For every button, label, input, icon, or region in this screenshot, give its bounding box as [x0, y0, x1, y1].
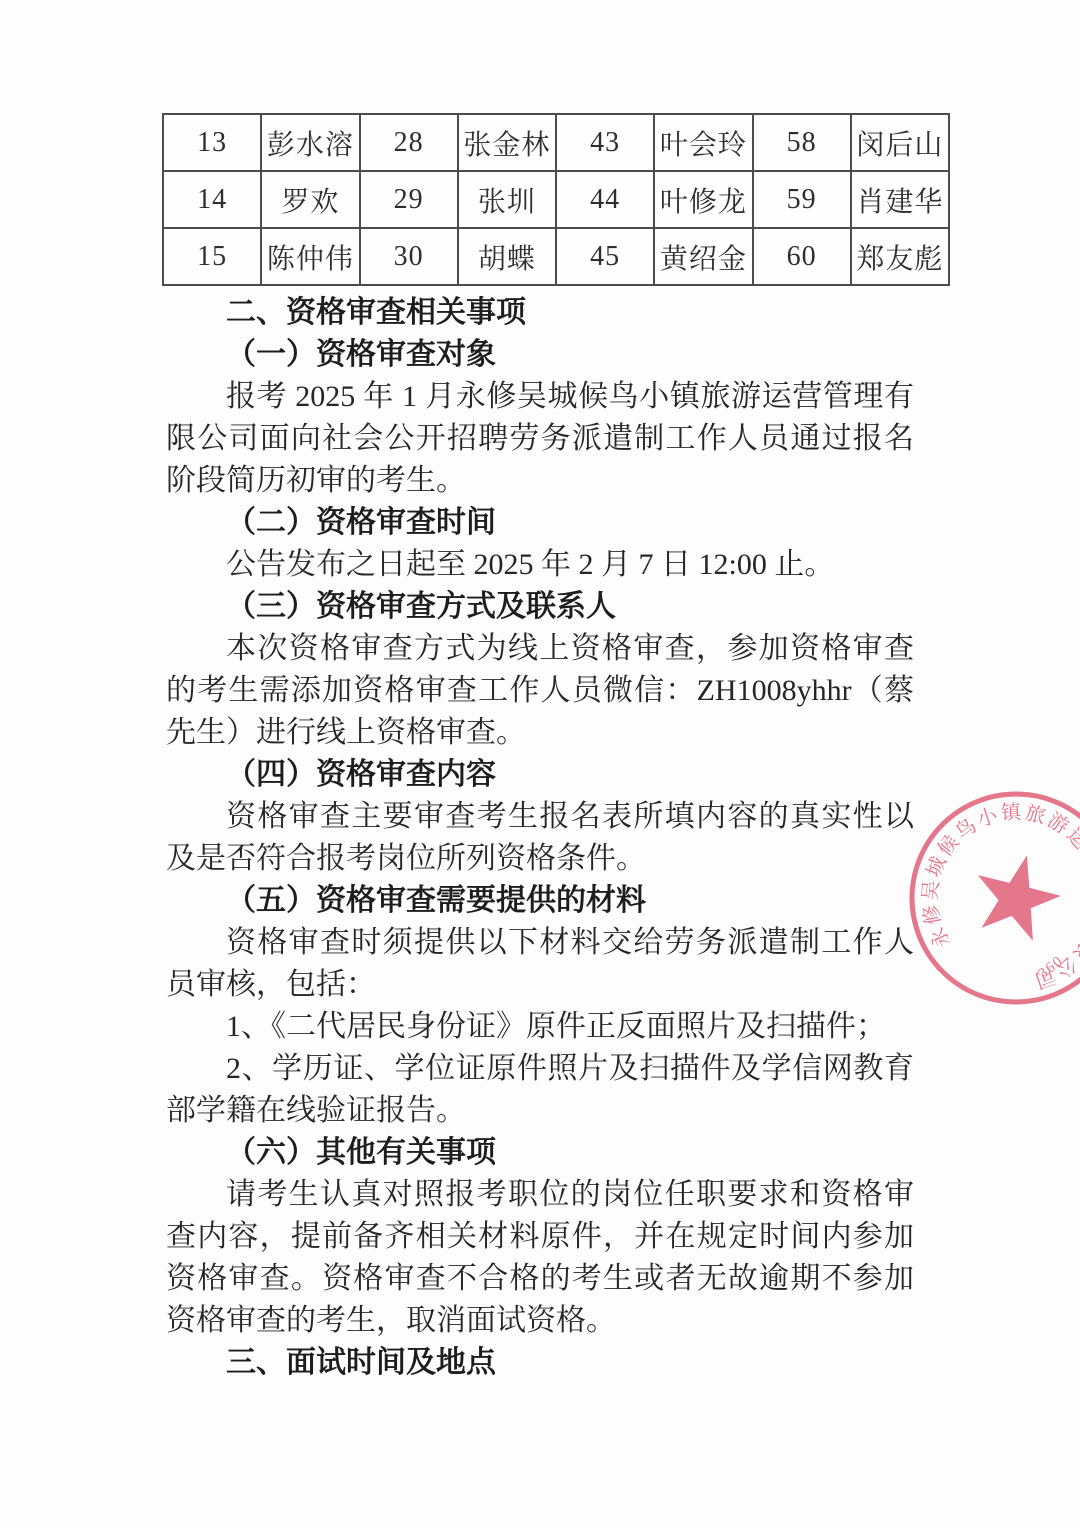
candidate-name: 张金林: [458, 114, 556, 171]
candidate-number: 14: [163, 171, 261, 228]
candidate-name: 肖建华: [851, 171, 949, 228]
seal-ring: [912, 794, 1080, 1002]
candidate-name: 闵后山: [851, 114, 949, 171]
svg-text:永修吴城候鸟小镇旅游运营管理有限公司: 永修吴城候鸟小镇旅游运营管理有限公司: [903, 783, 1080, 1015]
candidate-name: 张圳: [458, 171, 556, 228]
section-heading-2: 二、资格审查相关事项: [166, 292, 914, 334]
subsection-heading-2-6: （六）其他有关事项: [166, 1132, 914, 1174]
subsection-heading-2-1: （一）资格审查对象: [166, 334, 914, 376]
paragraph-materials-intro: 资格审查时须提供以下材料交给劳务派遣制工作人员审核，包括：: [166, 922, 914, 1006]
candidate-name: 郑友彪: [851, 228, 949, 285]
paragraph-review-time: 公告发布之日起至 2025 年 2 月 7 日 12:00 止。: [166, 544, 914, 586]
section-heading-3: 三、面试时间及地点: [166, 1342, 914, 1384]
candidate-number: 59: [753, 171, 851, 228]
roster-table: 13 彭水溶 28 张金林 43 叶会玲 58 闵后山 14 罗欢 29 张圳 …: [162, 113, 950, 286]
candidate-number: 28: [360, 114, 458, 171]
candidate-number: 44: [556, 171, 654, 228]
candidate-name: 彭水溶: [261, 114, 359, 171]
paragraph-other-matters: 请考生认真对照报考职位的岗位任职要求和资格审查内容，提前备齐相关材料原件，并在规…: [166, 1174, 914, 1342]
seal-company-name: 永修吴城候鸟小镇旅游运营管理有限公司: [903, 783, 1080, 1015]
candidate-number: 60: [753, 228, 851, 285]
seal-code-digits: 360: [1036, 953, 1067, 982]
subsection-heading-2-3: （三）资格审查方式及联系人: [166, 586, 914, 628]
table-row: 13 彭水溶 28 张金林 43 叶会玲 58 闵后山: [163, 114, 949, 171]
candidate-name: 叶修龙: [654, 171, 752, 228]
candidate-name: 罗欢: [261, 171, 359, 228]
table-row: 15 陈仲伟 30 胡蝶 45 黄绍金 60 郑友彪: [163, 228, 949, 285]
paragraph-review-target: 报考 2025 年 1 月永修吴城候鸟小镇旅游运营管理有限公司面向社会公开招聘劳…: [166, 376, 914, 502]
subsection-heading-2-5: （五）资格审查需要提供的材料: [166, 880, 914, 922]
paragraph-material-item-1: 1、《二代居民身份证》原件正反面照片及扫描件；: [166, 1006, 914, 1048]
candidate-number: 29: [360, 171, 458, 228]
star-icon: [966, 845, 1069, 945]
candidate-number: 45: [556, 228, 654, 285]
candidate-number: 58: [753, 114, 851, 171]
subsection-heading-2-4: （四）资格审查内容: [166, 754, 914, 796]
document-body: 二、资格审查相关事项 （一）资格审查对象 报考 2025 年 1 月永修吴城候鸟…: [166, 292, 914, 1384]
table-row: 14 罗欢 29 张圳 44 叶修龙 59 肖建华: [163, 171, 949, 228]
candidate-name: 叶会玲: [654, 114, 752, 171]
candidate-name: 胡蝶: [458, 228, 556, 285]
paragraph-material-item-2: 2、学历证、学位证原件照片及扫描件及学信网教育部学籍在线验证报告。: [166, 1048, 914, 1132]
company-seal-stamp: 永修吴城候鸟小镇旅游运营管理有限公司 360: [903, 783, 1080, 1015]
scanned-document-page: 13 彭水溶 28 张金林 43 叶会玲 58 闵后山 14 罗欢 29 张圳 …: [0, 0, 1080, 1526]
paragraph-review-content: 资格审查主要审查考生报名表所填内容的真实性以及是否符合报考岗位所列资格条件。: [166, 796, 914, 880]
candidate-number: 15: [163, 228, 261, 285]
candidate-number: 43: [556, 114, 654, 171]
subsection-heading-2-2: （二）资格审查时间: [166, 502, 914, 544]
candidate-number: 13: [163, 114, 261, 171]
candidate-number: 30: [360, 228, 458, 285]
seal-ring-text: 永修吴城候鸟小镇旅游运营管理有限公司: [903, 783, 1080, 1015]
paragraph-review-method: 本次资格审查方式为线上资格审查，参加资格审查的考生需添加资格审查工作人员微信：Z…: [166, 628, 914, 754]
candidate-name: 黄绍金: [654, 228, 752, 285]
candidate-name: 陈仲伟: [261, 228, 359, 285]
